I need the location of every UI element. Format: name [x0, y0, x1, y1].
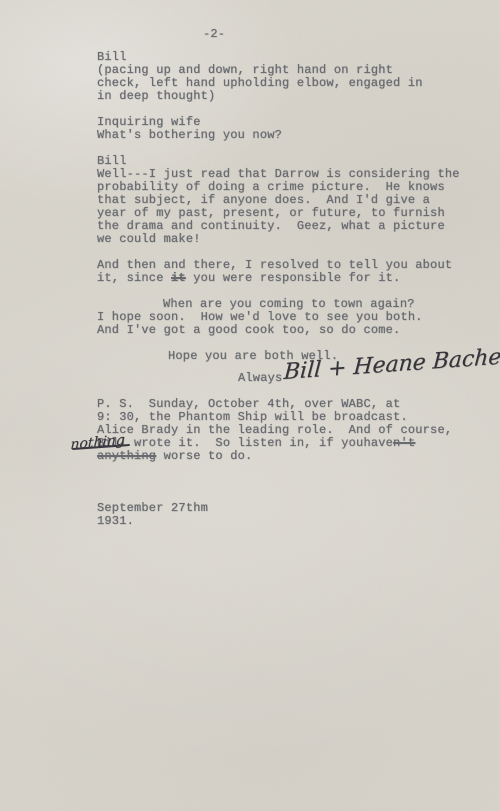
text-segment: worse to do.	[156, 449, 252, 463]
wife-dialogue-line: What's bothering you now?	[97, 129, 282, 142]
date-line: 1931.	[97, 515, 134, 528]
letter-page: -2- Bill (pacing up and down, right hand…	[0, 0, 500, 811]
text-segment: you were responsible for it.	[186, 271, 401, 285]
bill-dialogue-line: we could make!	[97, 233, 201, 246]
text-segment: it, since	[97, 271, 171, 285]
letter-body-line: it, since it you were responsible for it…	[97, 272, 400, 285]
letter-body-line: And I've got a good cook too, so do come…	[97, 324, 400, 337]
struck-out-word: n't	[393, 436, 415, 450]
stage-direction-line: in deep thought)	[97, 90, 215, 103]
postscript-line: anything worse to do.	[97, 450, 252, 463]
struck-out-word: anything	[97, 449, 156, 463]
struck-out-word: it	[171, 271, 186, 285]
page-number: -2-	[203, 28, 225, 41]
valediction: Always	[238, 372, 282, 385]
text-segment: Bill wrote it. So listen in, if youhave	[97, 436, 393, 450]
